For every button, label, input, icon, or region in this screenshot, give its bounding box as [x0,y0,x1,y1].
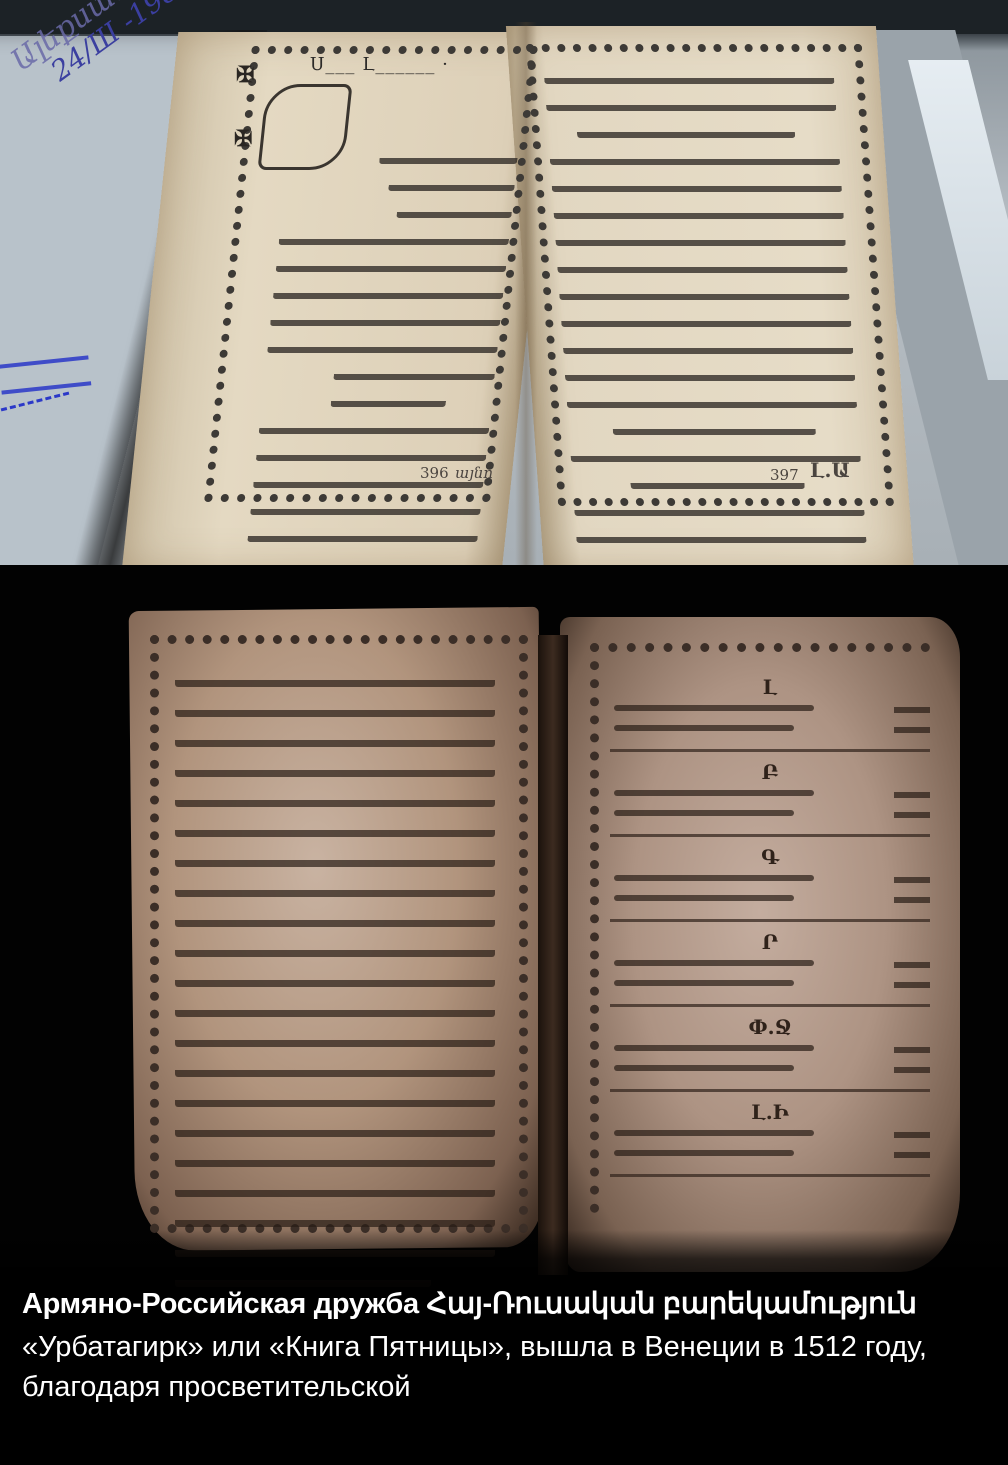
toc-letter: Փ.Ջ [610,1015,930,1039]
toc-letter: Ր [610,930,930,954]
caption-body: «Урбатагирк» или «Книга Пятницы», вышла … [22,1327,992,1407]
page-signature-mark: Լ.Ա [810,458,850,482]
post-caption: Армяно-Российская дружба Հայ-Ռուսական բա… [22,1283,992,1407]
ornamental-border-top-right [590,643,930,672]
page-catchword: այնո [455,464,493,482]
toc-letter: Գ [610,845,930,869]
cross-icon: ✠ [234,126,252,152]
toc-entry: Լ.Ի [610,1100,930,1177]
page-number-right: 397 [770,466,799,484]
caption-title: Армяно-Российская дружба Հայ-Ռուսական բա… [22,1283,992,1325]
toc-entry: Ր [610,930,930,1007]
printed-book: ✠ ✠ Ս___ Լ______ · 396 այնո 397 Լ.Ա [150,22,910,565]
page-text-left [247,142,520,547]
toc-entry: Փ.Ջ [610,1015,930,1092]
cross-icon: ✠ [236,62,254,88]
toc-entry: Լ [610,675,930,752]
ancient-book-spine [538,635,568,1275]
page-heading: Ս___ Լ______ · [310,54,449,75]
toc-entry: Գ [610,845,930,922]
toc-letter: Բ [610,760,930,784]
table-of-contents: Լ Բ Գ Ր Փ.Ջ Լ.Ի [610,675,930,1185]
toc-entry: Բ [610,760,930,837]
page-number-left: 396 [420,464,449,482]
toc-letter: Լ [610,675,930,699]
ornamental-border-side-right [590,643,599,1213]
toc-letter: Լ.Ի [610,1100,930,1124]
photo-top-open-book: Ալեքսան Դ. 24/Ш -1987г. ✠ ✠ Ս___ Լ______… [0,0,1008,565]
